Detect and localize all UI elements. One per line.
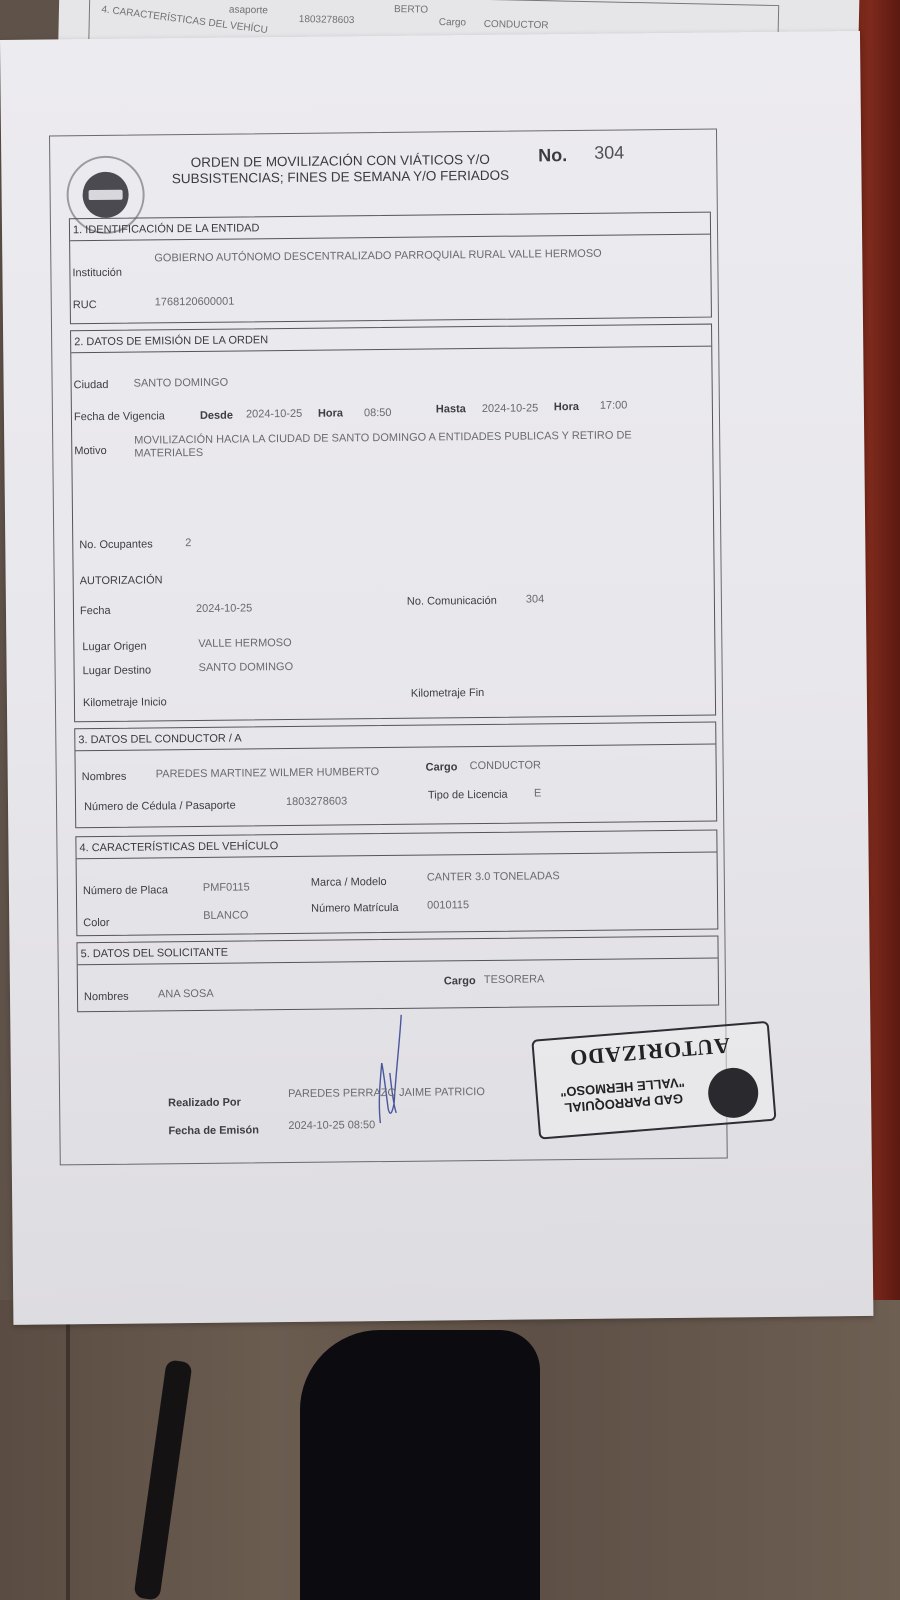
hasta-label: Hasta: [436, 403, 466, 415]
comunicacion-label: No. Comunicación: [407, 595, 497, 608]
hora-desde-value: 08:50: [364, 407, 392, 419]
ruc-value: 1768120600001: [155, 296, 235, 309]
marca-label: Marca / Modelo: [311, 876, 387, 889]
motivo-label: Motivo: [74, 445, 107, 457]
realizado-value: PAREDES PERRAZO JAIME PATRICIO: [288, 1086, 485, 1100]
placa-value: PMF0115: [203, 881, 250, 893]
solicitante-nombres-label: Nombres: [84, 991, 129, 1003]
solicitante-cargo-label: Cargo: [444, 975, 476, 987]
movilizacion-form: ORDEN DE MOVILIZACIÓN CON VIÁTICOS Y/O S…: [49, 128, 728, 1165]
back-nombre-fragment: BERTO: [394, 4, 428, 16]
desde-value: 2024-10-25: [246, 408, 302, 421]
destino-label: Lugar Destino: [83, 664, 152, 677]
stamp-autorizado-text: AUTORIZADO: [544, 1030, 755, 1073]
section-vehicle-characteristics: 4. CARACTERÍSTICAS DEL VEHÍCULO Número d…: [75, 830, 718, 937]
cedula-label: Número de Cédula / Pasaporte: [84, 800, 236, 814]
section-4-title: 4. CARACTERÍSTICAS DEL VEHÍCULO: [76, 831, 716, 860]
institucion-value: GOBIERNO AUTÓNOMO DESCENTRALIZADO PARROQ…: [154, 248, 602, 265]
color-label: Color: [83, 917, 109, 929]
autorizado-stamp: AUTORIZADO GAD PARROQUIAL "VALLE HERMOSO…: [531, 1021, 776, 1140]
autorizacion-label: AUTORIZACIÓN: [80, 574, 163, 587]
marca-value: CANTER 3.0 TONELADAS: [427, 870, 560, 883]
placa-label: Número de Placa: [83, 884, 168, 897]
back-cargo-value: CONDUCTOR: [484, 19, 549, 31]
licencia-value: E: [534, 787, 541, 799]
section-2-title: 2. DATOS DE EMISIÓN DE LA ORDEN: [71, 325, 711, 354]
emision-label: Fecha de Emisón: [168, 1124, 259, 1137]
conductor-nombres-value: PAREDES MARTINEZ WILMER HUMBERTO: [156, 766, 380, 780]
back-cargo-label: Cargo: [439, 17, 466, 29]
licencia-label: Tipo de Licencia: [428, 789, 508, 802]
section-5-title: 5. DATOS DEL SOLICITANTE: [77, 937, 717, 966]
ruc-label: RUC: [73, 299, 97, 311]
realizado-label: Realizado Por: [168, 1097, 241, 1110]
document-sheet: ORDEN DE MOVILIZACIÓN CON VIÁTICOS Y/O S…: [0, 31, 873, 1325]
leg-shadow: [300, 1330, 540, 1600]
ciudad-value: SANTO DOMINGO: [134, 377, 229, 390]
ocupantes-value: 2: [185, 537, 191, 549]
motivo-value: MOVILIZACIÓN HACIA LA CIUDAD DE SANTO DO…: [134, 429, 694, 461]
parish-emblem-icon: [706, 1066, 760, 1120]
origen-label: Lugar Origen: [82, 640, 146, 653]
km-fin-label: Kilometraje Fin: [411, 687, 484, 700]
matricula-value: 0010115: [427, 899, 469, 911]
desde-label: Desde: [200, 410, 233, 422]
conductor-cargo-value: CONDUCTOR: [470, 759, 541, 772]
floor-seam: [66, 1320, 70, 1600]
section-driver-data: 3. DATOS DEL CONDUCTOR / A Nombres PARED…: [74, 722, 717, 829]
hora-desde-label: Hora: [318, 407, 343, 419]
cedula-value: 1803278603: [286, 795, 347, 808]
emision-value: 2024-10-25 08:50: [288, 1119, 375, 1132]
stamp-gad-text: GAD PARROQUIAL "VALLE HERMOSO": [547, 1073, 699, 1117]
autorizacion-fecha-value: 2024-10-25: [196, 602, 252, 615]
hora-hasta-label: Hora: [554, 401, 579, 413]
color-value: BLANCO: [203, 909, 248, 921]
conductor-cargo-label: Cargo: [426, 761, 458, 773]
order-number-value: 304: [594, 142, 624, 163]
solicitante-nombres-value: ANA SOSA: [158, 988, 214, 1001]
vigencia-label: Fecha de Vigencia: [74, 410, 165, 423]
section-applicant-data: 5. DATOS DEL SOLICITANTE Nombres ANA SOS…: [76, 936, 719, 1013]
autorizacion-fecha-label: Fecha: [80, 605, 111, 617]
conductor-nombres-label: Nombres: [82, 771, 127, 783]
ciudad-label: Ciudad: [74, 379, 109, 391]
back-pasaporte-label: asaporte: [229, 5, 268, 17]
origen-value: VALLE HERMOSO: [198, 637, 291, 650]
handwritten-signature: [359, 1013, 420, 1134]
institucion-label: Institución: [72, 267, 122, 280]
ocupantes-label: No. Ocupantes: [79, 538, 152, 551]
km-inicio-label: Kilometraje Inicio: [83, 696, 167, 709]
comunicacion-value: 304: [526, 593, 544, 605]
order-number-label: No.: [538, 145, 567, 166]
section-1-title: 1. IDENTIFICACIÓN DE LA ENTIDAD: [70, 213, 710, 242]
section-order-emission: 2. DATOS DE EMISIÓN DE LA ORDEN Ciudad S…: [70, 324, 716, 723]
destino-value: SANTO DOMINGO: [199, 661, 294, 674]
document-title: ORDEN DE MOVILIZACIÓN CON VIÁTICOS Y/O S…: [170, 152, 510, 188]
matricula-label: Número Matrícula: [311, 902, 399, 915]
back-cedula-value: 1803278603: [299, 14, 355, 26]
section-3-title: 3. DATOS DEL CONDUCTOR / A: [75, 723, 715, 752]
solicitante-cargo-value: TESORERA: [484, 973, 545, 986]
section-entity-identification: 1. IDENTIFICACIÓN DE LA ENTIDAD Instituc…: [69, 212, 712, 325]
hora-hasta-value: 17:00: [600, 399, 628, 411]
hasta-value: 2024-10-25: [482, 402, 538, 415]
